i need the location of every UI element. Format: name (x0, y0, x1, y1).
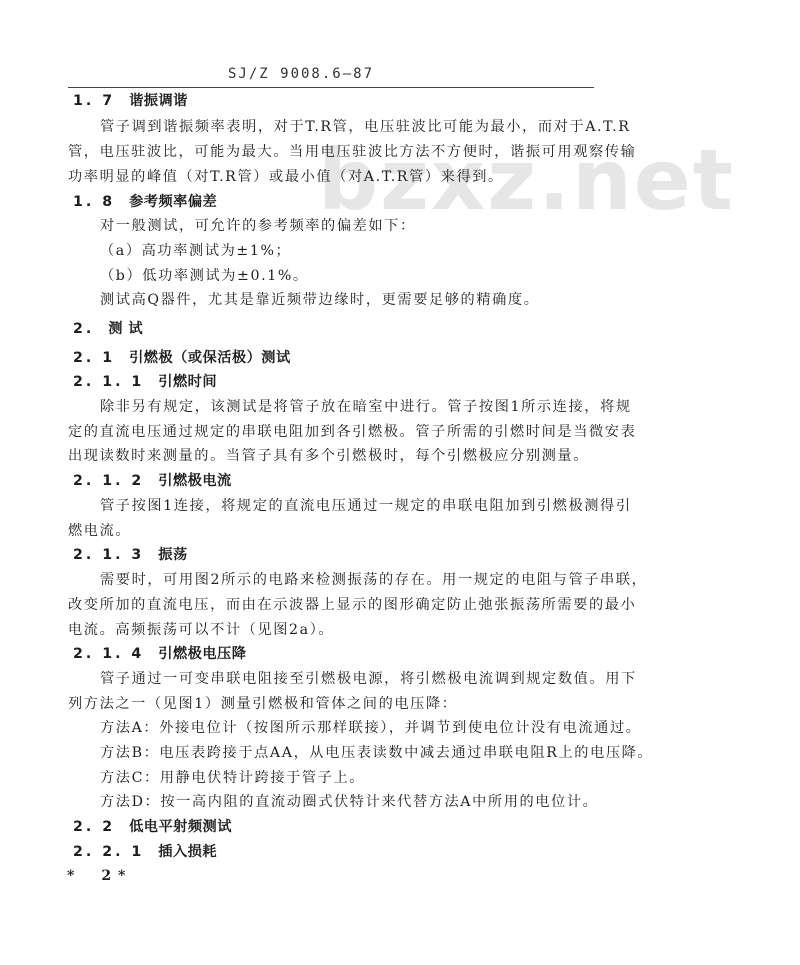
header-rule (68, 87, 594, 88)
section-title: 测 试 (108, 321, 143, 337)
section-heading-2-1-4: 2. 1. 4引燃极电压降 (73, 645, 246, 663)
section-title: 参考频率偏差 (129, 194, 217, 210)
section-title: 插入损耗 (158, 844, 217, 860)
paragraph-line: 燃电流。 (68, 522, 131, 540)
section-heading-1-7: 1. 7谐振调谐 (73, 92, 188, 110)
method-c: 方法C：用静电伏特计跨接于管子上。 (100, 769, 365, 787)
page-footer: *2 * (67, 868, 126, 884)
paragraph-line: 管，电压驻波比，可能为最大。当用电压驻波比方法不方便时，谐振可用观察传输 (68, 143, 636, 161)
method-d: 方法D：按一高内阻的直流动圈式伏特计来代替方法A中所用的电位计。 (100, 793, 598, 811)
section-title: 引燃极电压降 (158, 646, 246, 662)
section-number: 2. 2 (73, 818, 115, 836)
paragraph-line: 定的直流电压通过规定的串联电阻加到各引燃极。管子所需的引燃时间是当微安表 (68, 423, 636, 441)
section-heading-2-1-2: 2. 1. 2引燃极电流 (73, 472, 232, 490)
paragraph-line: 出现读数时来测量的。当管子具有多个引燃极时，每个引燃极应分别测量。 (68, 447, 589, 465)
document-page: bzxz.net SJ/Z 9008.6—87 1. 7谐振调谐 管子调到谐振频… (0, 0, 800, 965)
section-heading-2-1-1: 2. 1. 1引燃时间 (73, 373, 217, 391)
paragraph-line: 列方法之一（见图1）测量引燃极和管体之间的电压降： (68, 695, 458, 713)
section-title: 引燃极（或保活极）测试 (129, 350, 291, 366)
method-a: 方法A：外接电位计（按图所示那样联接），并调节到使电位计没有电流通过。 (100, 719, 642, 737)
paragraph-line: 除非另有规定，该测试是将管子放在暗室中进行。管子按图1所示连接，将规 (100, 398, 632, 416)
section-number: 2. 2. 1 (73, 843, 144, 861)
section-number: 1. 7 (73, 92, 115, 110)
paragraph-line: 功率明显的峰值（对T.R管）或最小值（对A.T.R管）来得到。 (68, 168, 504, 186)
section-title: 谐振调谐 (129, 93, 188, 109)
section-title: 振荡 (158, 547, 187, 563)
section-number: 2. 1. 1 (73, 373, 144, 391)
section-number: 2. 1. 2 (73, 472, 144, 490)
section-number: 2. 1. 3 (73, 546, 144, 564)
section-heading-2-2: 2. 2低电平射频测试 (73, 818, 232, 836)
list-item-b: （b）低功率测试为±0.1%。 (100, 267, 309, 285)
section-number: 2. 1 (73, 349, 115, 367)
section-heading-2: 2.测 试 (73, 320, 143, 338)
section-number: 2. (73, 320, 94, 338)
section-number: 1. 8 (73, 193, 115, 211)
paragraph-line: 改变所加的直流电压，而由在示波器上显示的图形确定防止弛张振荡所需要的最小 (68, 596, 636, 614)
list-item-a: （a）高功率测试为±1%； (100, 242, 291, 260)
footer-right-mark: * (118, 868, 126, 884)
paragraph-line: 电流。高频振荡可以不计（见图2a）。 (68, 621, 334, 639)
paragraph-line: 对一般测试，可允许的参考频率的偏差如下： (100, 217, 416, 235)
section-title: 引燃时间 (158, 374, 217, 390)
standard-code-header: SJ/Z 9008.6—87 (228, 66, 374, 82)
paragraph-line: 测试高Q器件，尤其是靠近频带边缘时，更需要足够的精确度。 (100, 291, 540, 309)
section-heading-1-8: 1. 8参考频率偏差 (73, 193, 217, 211)
section-title: 引燃极电流 (158, 473, 231, 489)
footer-left-mark: * (67, 868, 75, 884)
section-heading-2-1: 2. 1引燃极（或保活极）测试 (73, 349, 291, 367)
section-heading-2-2-1: 2. 2. 1插入损耗 (73, 843, 217, 861)
paragraph-line: 管子调到谐振频率表明，对于T.R管，电压驻波比可能为最小，而对于A.T.R (100, 118, 631, 136)
paragraph-line: 需要时，可用图2所示的电路来检测振荡的存在。用一规定的电阻与管子串联， (100, 571, 647, 589)
section-number: 2. 1. 4 (73, 645, 144, 663)
section-title: 低电平射频测试 (129, 819, 232, 835)
page-number: 2 (101, 868, 112, 884)
method-b: 方法B：电压表跨接于点AA，从电压表读数中减去通过串联电阻R上的电压降。 (100, 744, 653, 762)
paragraph-line: 管子按图1连接，将规定的直流电压通过一规定的串联电阻加到引燃极测得引 (100, 497, 632, 515)
section-heading-2-1-3: 2. 1. 3振荡 (73, 546, 188, 564)
paragraph-line: 管子通过一可变串联电阻接至引燃极电源，将引燃极电流调到规定数值。用下 (100, 670, 637, 688)
